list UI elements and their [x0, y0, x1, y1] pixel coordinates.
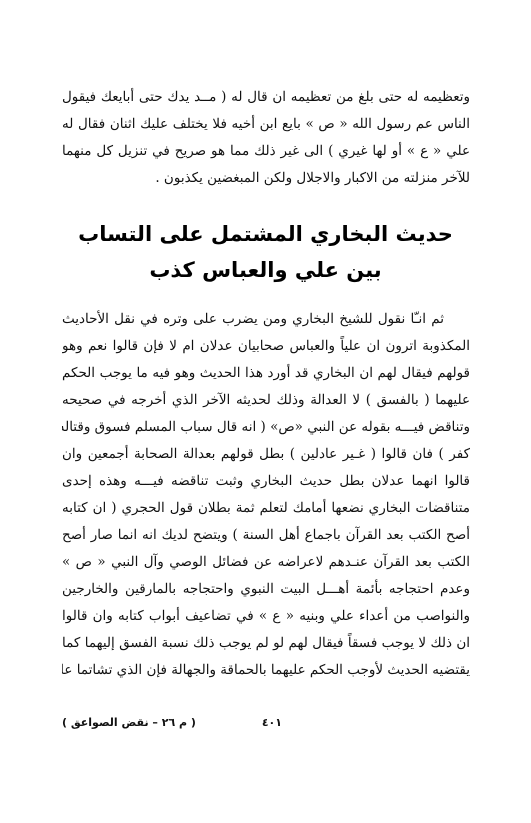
continuation-paragraph: وتعظيمه له حتى بلغ من تعظيمه ان قال له (…: [62, 84, 470, 192]
body-paragraph: ثم انـّا نقول للشيخ البخاري ومن يضرب على…: [62, 306, 470, 684]
book-page: وتعظيمه له حتى بلغ من تعظيمه ان قال له (…: [0, 0, 531, 823]
text-line: قالوا انهما عدلان بطل حديث البخاري وثبت …: [62, 468, 470, 495]
text-line: الناس عم رسول الله « ص » بايع ابن أخيه ف…: [62, 111, 470, 138]
text-line: وتناقض فيـــه بقوله عن النبي «ص» ( انه ق…: [62, 414, 470, 441]
text-line: متناقضات البخاري نضعها أمامك لتعلم ثمة ب…: [62, 495, 470, 522]
text-line: الكتب بعد القرآن عنـدهم لاعراضه عن فضائل…: [62, 549, 470, 576]
text-line: وتعظيمه له حتى بلغ من تعظيمه ان قال له (…: [62, 84, 470, 111]
text-line: علي « ع » أو لها غيري ) الى غير ذلك مما …: [62, 138, 470, 165]
signature-mark: ( م ٢٦ – نقض الصواعق ): [62, 716, 196, 729]
page-number: ٤٠١: [262, 716, 282, 729]
text-line: يقتضيه الحديث لأوجب الحكم عليهما بالحماق…: [62, 657, 470, 684]
text-line: ان ذلك لا يوجب فسقاً فيقال لهم لو لم يوج…: [62, 630, 470, 657]
section-heading-line-2: بين علي والعباس كذب: [0, 258, 531, 282]
text-line: عليهما ( بالفسق ) لا العدالة وذلك لحديثه…: [62, 387, 470, 414]
text-line: أصح الكتب بعد القرآن باجماع أهل السنة ) …: [62, 522, 470, 549]
text-line: المكذوبة اترون ان علياً والعباس صحابيان …: [62, 333, 470, 360]
page-footer: ٤٠١ ( م ٢٦ – نقض الصواعق ): [62, 716, 282, 734]
text-line: وعدم احتجاجه بأئمة أهـــل البيت النبوي و…: [62, 576, 470, 603]
text-line: كفر ) فان قالوا ( غـير عادلين ) بطل قوله…: [62, 441, 470, 468]
text-line: قولهم فيقال لهم ان البخاري قد أورد هذا ا…: [62, 360, 470, 387]
text-line: للآخر منزلته من الاكبار والاجلال ولكن ال…: [62, 165, 470, 192]
text-line: ثم انـّا نقول للشيخ البخاري ومن يضرب على…: [62, 306, 470, 333]
section-heading-line-1: حديث البخاري المشتمل على التساب: [0, 222, 531, 246]
text-line: والنواصب من أعداء علي وبنيه « ع » في تضا…: [62, 603, 470, 630]
